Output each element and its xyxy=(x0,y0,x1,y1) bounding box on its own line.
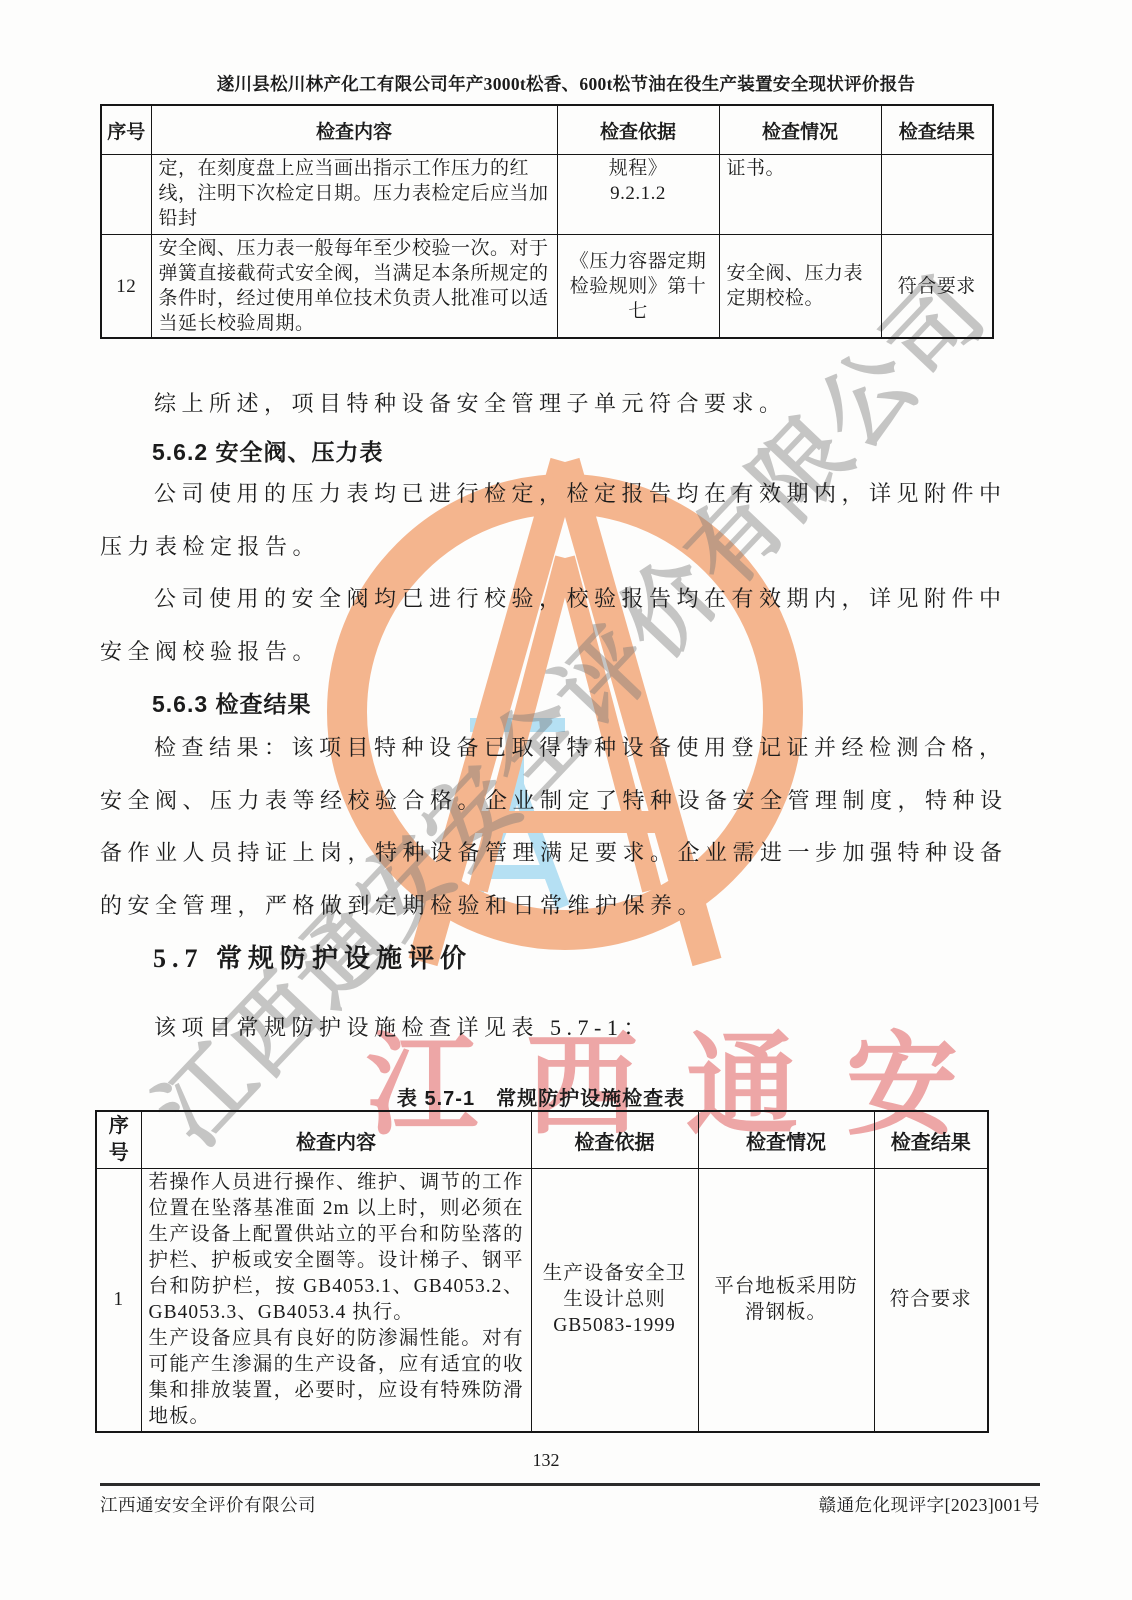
col-header-seq: 序号 xyxy=(101,105,151,155)
heading-5-6-3: 5.6.3 检查结果 xyxy=(152,686,312,719)
col-header-situation: 检查情况 xyxy=(719,105,881,155)
col-header-result: 检查结果 xyxy=(881,105,993,155)
cell-seq xyxy=(101,155,151,235)
report-running-title: 遂川县松川林产化工有限公司年产3000t松香、600t松节油在役生产装置安全现状… xyxy=(0,71,1132,96)
document-page: 江西通安安全评价有限公司 江西通安 遂川县松川林产化工有限公司年产3000t松香… xyxy=(0,0,1132,1600)
paragraph-summary: 综上所述，项目特种设备安全管理子单元符合要求。 xyxy=(100,378,1085,431)
heading-5-7: 5.7 常规防护设施评价 xyxy=(153,938,472,975)
protective-facilities-check-table: 序号 检查内容 检查依据 检查情况 检查结果 1 若操作人员进行操作、维护、调节… xyxy=(95,1110,989,1433)
page-number: 132 xyxy=(0,1450,1092,1471)
paragraph-safety-valve: 公司使用的安全阀均已进行校验，校验报告均在有效期内，详见附件中 安全阀校验报告。 xyxy=(100,573,1085,678)
cell-basis: 《压力容器定期 检验规则》第十 七 xyxy=(557,235,719,339)
cell-seq: 12 xyxy=(101,235,151,339)
cell-basis: 规程》 9.2.1.2 xyxy=(557,155,719,235)
cell-situation: 平台地板采用防 滑钢板。 xyxy=(698,1169,874,1433)
cell-basis: 生产设备安全卫 生设计总则 GB5083-1999 xyxy=(531,1169,698,1433)
table-row: 1 若操作人员进行操作、维护、调节的工作位置在坠落基准面 2m 以上时，则必须在… xyxy=(96,1169,988,1433)
cell-situation: 证书。 xyxy=(719,155,881,235)
cell-situation: 安全阀、压力表定期校检。 xyxy=(719,235,881,339)
paragraph-pressure-gauge: 公司使用的压力表均已进行检定，检定报告均在有效期内，详见附件中 压力表检定报告。 xyxy=(100,468,1085,573)
cell-content: 定，在刻度盘上应当画出指示工作压力的红线，注明下次检定日期。压力表检定后应当加铅… xyxy=(151,155,557,235)
table-row: 定，在刻度盘上应当画出指示工作压力的红线，注明下次检定日期。压力表检定后应当加铅… xyxy=(101,155,993,235)
table-header-row: 序号 检查内容 检查依据 检查情况 检查结果 xyxy=(101,105,993,155)
col-header-seq: 序号 xyxy=(96,1111,141,1169)
col-header-content: 检查内容 xyxy=(141,1111,531,1169)
heading-5-6-2: 5.6.2 安全阀、压力表 xyxy=(152,434,384,467)
paragraph-check-result: 检查结果：该项目特种设备已取得特种设备使用登记证并经检测合格， 安全阀、压力表等… xyxy=(100,722,1085,932)
footer-document-number: 赣通危化现评字[2023]001号 xyxy=(100,1492,1040,1517)
col-header-content: 检查内容 xyxy=(151,105,557,155)
col-header-seq-label: 序号 xyxy=(108,1113,130,1167)
paragraph-see-table: 该项目常规防护设施检查详见表 5.7-1： xyxy=(100,1002,1085,1055)
table-header-row: 序号 检查内容 检查依据 检查情况 检查结果 xyxy=(96,1111,988,1169)
cell-seq: 1 xyxy=(96,1169,141,1433)
cell-content: 安全阀、压力表一般每年至少校验一次。对于弹簧直接截荷式安全阀，当满足本条所规定的… xyxy=(151,235,557,339)
col-header-result: 检查结果 xyxy=(874,1111,988,1169)
col-header-basis: 检查依据 xyxy=(531,1111,698,1169)
special-equipment-check-table: 序号 检查内容 检查依据 检查情况 检查结果 定，在刻度盘上应当画出指示工作压力… xyxy=(100,104,994,339)
cell-result: 符合要求 xyxy=(881,235,993,339)
footer-rule xyxy=(100,1483,1040,1486)
table-row: 12 安全阀、压力表一般每年至少校验一次。对于弹簧直接截荷式安全阀，当满足本条所… xyxy=(101,235,993,339)
cell-result xyxy=(881,155,993,235)
table-5-7-1-caption: 表 5.7-1 常规防护设施检查表 xyxy=(95,1082,987,1111)
cell-result: 符合要求 xyxy=(874,1169,988,1433)
cell-content: 若操作人员进行操作、维护、调节的工作位置在坠落基准面 2m 以上时，则必须在生产… xyxy=(141,1169,531,1433)
col-header-situation: 检查情况 xyxy=(698,1111,874,1169)
col-header-basis: 检查依据 xyxy=(557,105,719,155)
